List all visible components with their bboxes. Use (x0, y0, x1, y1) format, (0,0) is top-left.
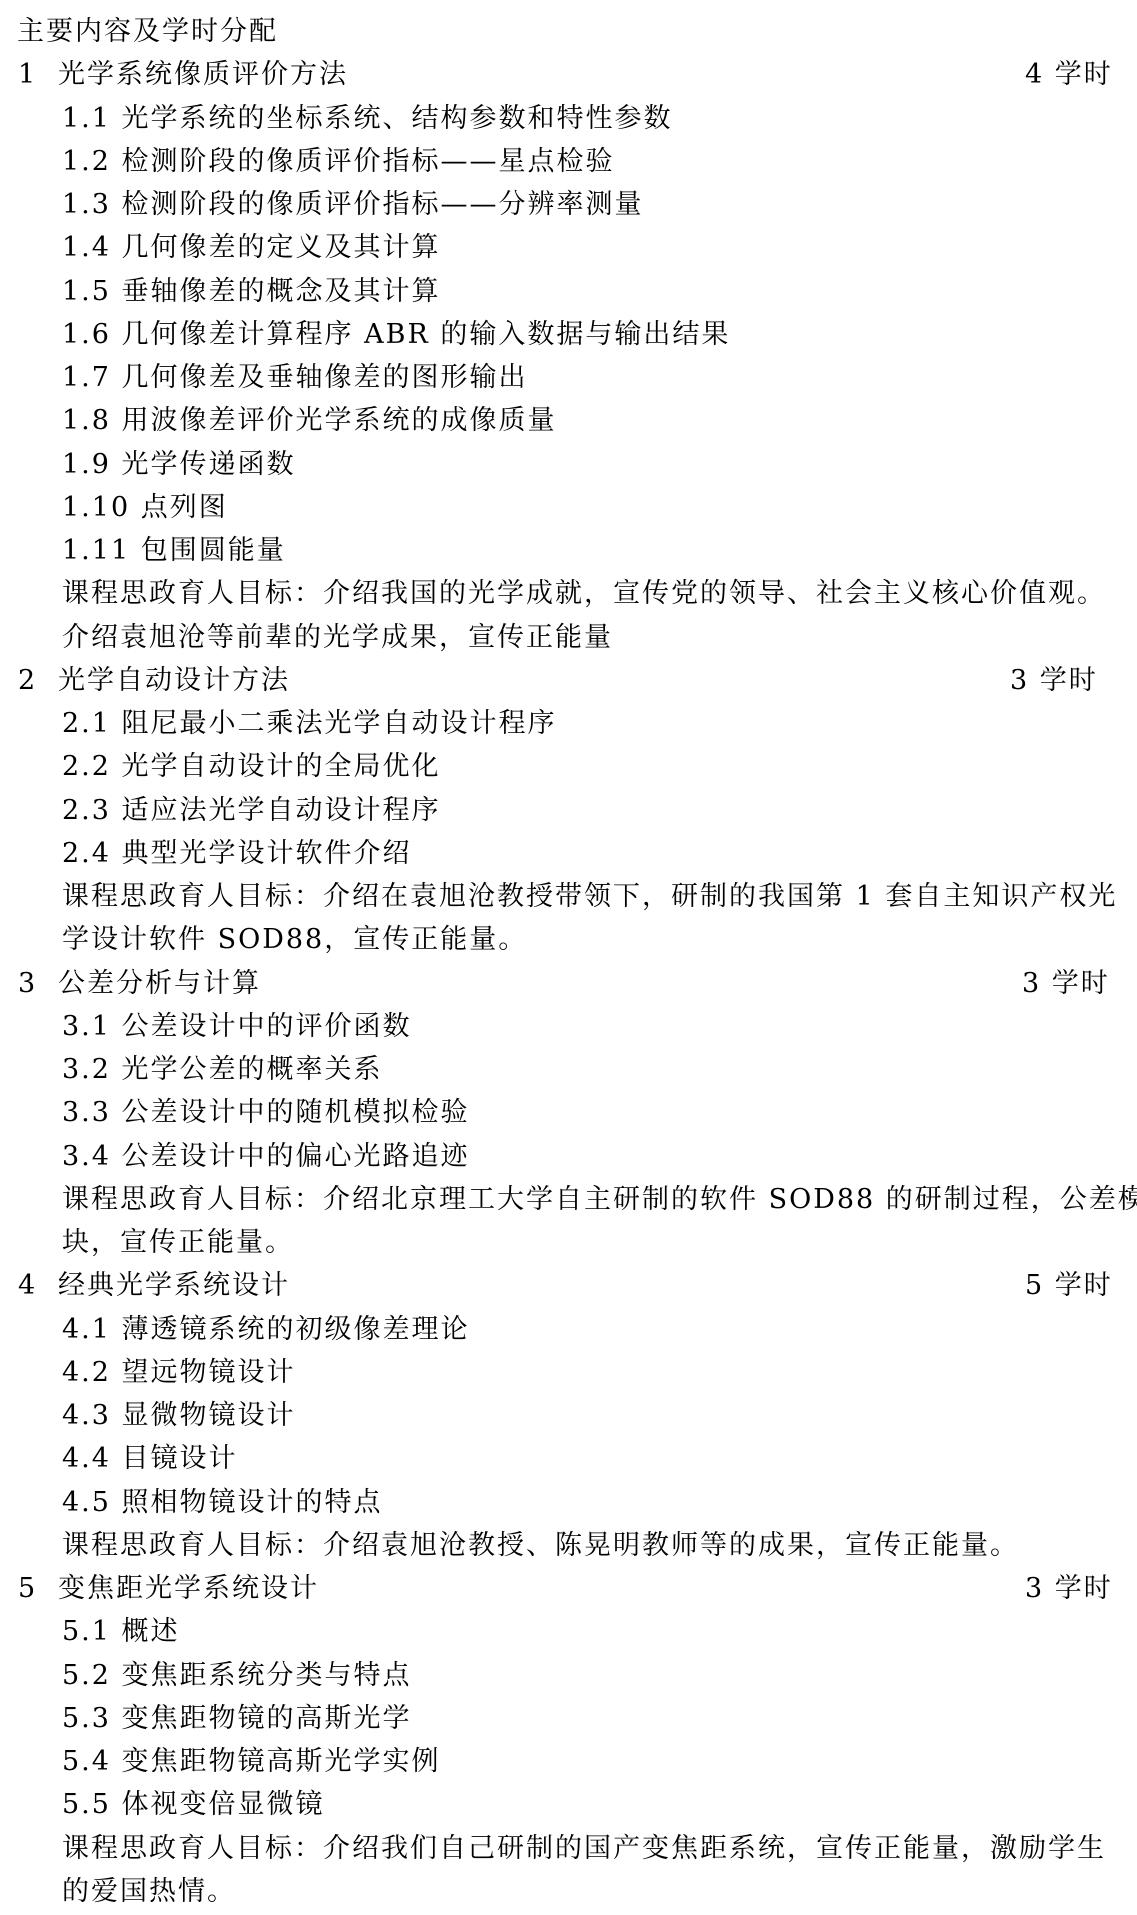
section-item: 4.4 目镜设计 (0, 1437, 1137, 1480)
chapter-number: 1 (18, 53, 37, 96)
ideology-goal-text: 课程思政育人目标：介绍我国的光学成就，宣传党的领导、社会主义核心价值观。 (0, 572, 1137, 615)
ideology-goal-text: 介绍袁旭沧等前辈的光学成果，宣传正能量 (0, 616, 1137, 659)
section-item: 3.2 光学公差的概率关系 (0, 1048, 1137, 1091)
ideology-goal-text: 课程思政育人目标：介绍在袁旭沧教授带领下，研制的我国第 1 套自主知识产权光 (0, 875, 1137, 918)
ideology-goal-text: 课程思政育人目标：介绍袁旭沧教授、陈晃明教师等的成果，宣传正能量。 (0, 1524, 1137, 1567)
section-item: 1.5 垂轴像差的概念及其计算 (0, 270, 1137, 313)
chapter-title: 公差分析与计算 (58, 962, 261, 1005)
chapter-number: 4 (18, 1264, 37, 1307)
section-item: 1.1 光学系统的坐标系统、结构参数和特性参数 (0, 97, 1137, 140)
chapter-3-header: 3 公差分析与计算 3 学时 (0, 962, 1137, 1005)
syllabus-document: 主要内容及学时分配 1 光学系统像质评价方法 4 学时 1.1 光学系统的坐标系… (0, 10, 1137, 1913)
chapter-1-header: 1 光学系统像质评价方法 4 学时 (0, 53, 1137, 96)
section-item: 1.2 检测阶段的像质评价指标——星点检验 (0, 140, 1137, 183)
ideology-goal-text: 课程思政育人目标：介绍我们自己研制的国产变焦距系统，宣传正能量，激励学生 (0, 1827, 1137, 1870)
section-item: 1.4 几何像差的定义及其计算 (0, 226, 1137, 269)
chapter-5-header: 5 变焦距光学系统设计 3 学时 (0, 1567, 1137, 1610)
chapter-number: 3 (18, 962, 37, 1005)
section-item: 1.11 包围圆能量 (0, 529, 1137, 572)
section-item: 4.5 照相物镜设计的特点 (0, 1481, 1137, 1524)
chapter-title: 光学系统像质评价方法 (58, 53, 348, 96)
section-item: 4.2 望远物镜设计 (0, 1351, 1137, 1394)
chapter-hours: 3 学时 (1025, 1567, 1113, 1610)
chapter-hours: 5 学时 (1025, 1264, 1113, 1307)
chapter-hours: 4 学时 (1025, 53, 1113, 96)
section-item: 4.1 薄透镜系统的初级像差理论 (0, 1308, 1137, 1351)
section-item: 3.1 公差设计中的评价函数 (0, 1005, 1137, 1048)
chapter-2-header: 2 光学自动设计方法 3 学时 (0, 659, 1137, 702)
section-item: 2.3 适应法光学自动设计程序 (0, 789, 1137, 832)
section-item: 5.3 变焦距物镜的高斯光学 (0, 1697, 1137, 1740)
chapter-title: 经典光学系统设计 (58, 1264, 290, 1307)
section-item: 1.7 几何像差及垂轴像差的图形输出 (0, 356, 1137, 399)
section-item: 5.5 体视变倍显微镜 (0, 1783, 1137, 1826)
ideology-goal-text: 学设计软件 SOD88，宣传正能量。 (0, 918, 1137, 961)
chapter-title: 变焦距光学系统设计 (58, 1567, 319, 1610)
document-title: 主要内容及学时分配 (0, 10, 1137, 53)
section-item: 5.4 变焦距物镜高斯光学实例 (0, 1740, 1137, 1783)
section-item: 1.6 几何像差计算程序 ABR 的输入数据与输出结果 (0, 313, 1137, 356)
section-item: 3.4 公差设计中的偏心光路追迹 (0, 1135, 1137, 1178)
section-item: 5.1 概述 (0, 1610, 1137, 1653)
ideology-goal-text: 课程思政育人目标：介绍北京理工大学自主研制的软件 SOD88 的研制过程，公差模 (0, 1178, 1137, 1221)
chapter-title: 光学自动设计方法 (58, 659, 290, 702)
ideology-goal-text: 块，宣传正能量。 (0, 1221, 1137, 1264)
chapter-number: 5 (18, 1567, 37, 1610)
section-item: 2.4 典型光学设计软件介绍 (0, 832, 1137, 875)
section-item: 4.3 显微物镜设计 (0, 1394, 1137, 1437)
chapter-4-header: 4 经典光学系统设计 5 学时 (0, 1264, 1137, 1307)
section-item: 1.8 用波像差评价光学系统的成像质量 (0, 399, 1137, 442)
section-item: 2.1 阻尼最小二乘法光学自动设计程序 (0, 702, 1137, 745)
ideology-goal-text: 的爱国热情。 (0, 1870, 1137, 1913)
chapter-hours: 3 学时 (1010, 659, 1098, 702)
section-item: 2.2 光学自动设计的全局优化 (0, 745, 1137, 788)
section-item: 1.9 光学传递函数 (0, 443, 1137, 486)
chapter-hours: 3 学时 (1022, 962, 1110, 1005)
section-item: 1.10 点列图 (0, 486, 1137, 529)
section-item: 5.2 变焦距系统分类与特点 (0, 1654, 1137, 1697)
section-item: 1.3 检测阶段的像质评价指标——分辨率测量 (0, 183, 1137, 226)
chapter-number: 2 (18, 659, 37, 702)
section-item: 3.3 公差设计中的随机模拟检验 (0, 1091, 1137, 1134)
